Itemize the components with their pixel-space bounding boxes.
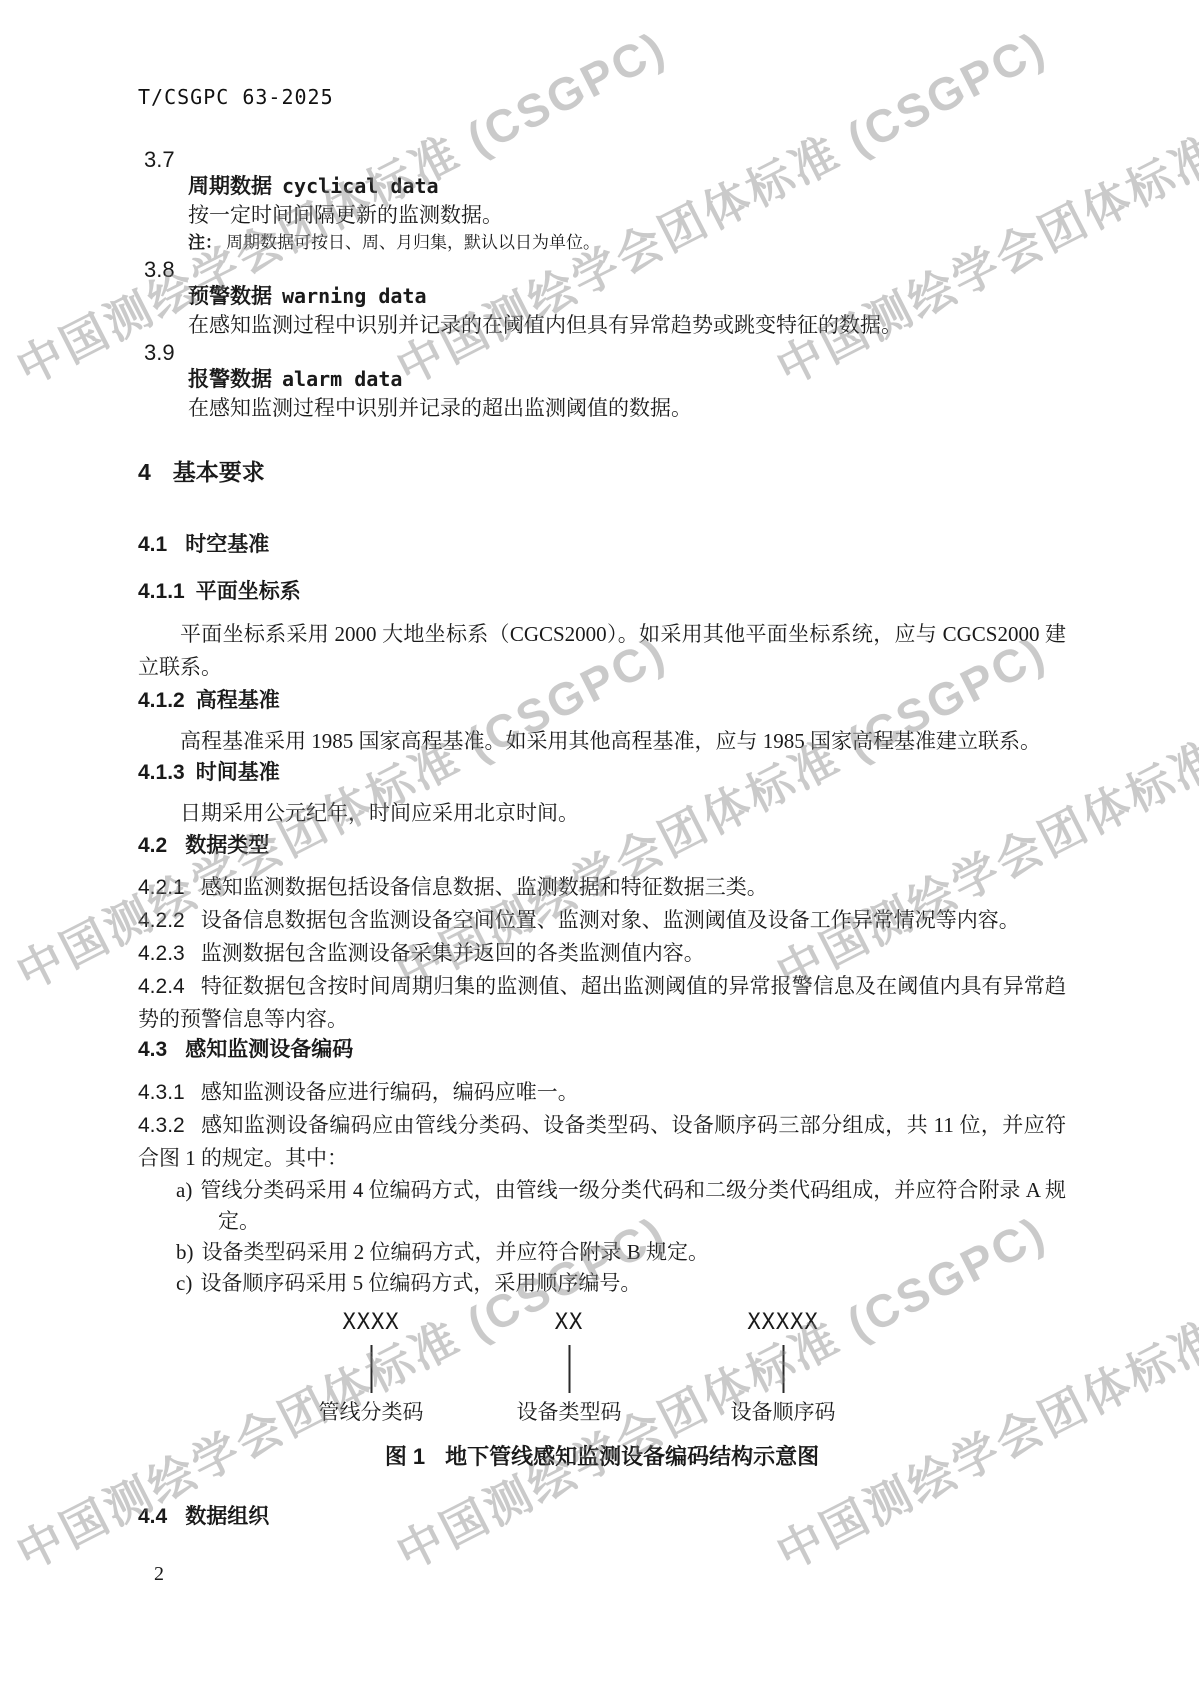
- connector-line: [568, 1345, 570, 1393]
- term-number: 3.9: [144, 339, 1066, 366]
- section-title: 数据类型: [185, 834, 269, 857]
- term-definition: 在感知监测过程中识别并记录的在阈值内但具有异常趋势或跳变特征的数据。: [188, 312, 1066, 339]
- clause-number: 4.3.2: [138, 1114, 185, 1137]
- figure-caption-text: 地下管线感知监测设备编码结构示意图: [445, 1444, 819, 1469]
- subsection-heading-4-1-3: 4.1.3时间基准: [138, 762, 1066, 784]
- figure-label: 设备类型码: [517, 1401, 622, 1423]
- list-marker: b): [176, 1240, 194, 1264]
- note-text: 周期数据可按日、周、月归集，默认以日为单位。: [226, 233, 600, 252]
- figure-label: 设备顺序码: [731, 1401, 836, 1423]
- subsection-title: 高程基准: [196, 689, 280, 712]
- document-content: T/CSGPC 63-2025 3.7 周期数据cyclical data 按一…: [138, 86, 1066, 1585]
- section-title: 数据组织: [185, 1505, 269, 1528]
- figure-1-device-code-structure: XXXX 管线分类码 XX 设备类型码 XXXXX 设备顺序码: [138, 1311, 1066, 1423]
- term-definition: 按一定时间间隔更新的监测数据。: [188, 202, 1066, 229]
- list-item-text: 设备顺序码采用 5 位编码方式，采用顺序编号。: [200, 1271, 641, 1295]
- term-zh: 预警数据: [188, 285, 272, 308]
- section-heading-4-4: 4.4数据组织: [138, 1506, 1066, 1528]
- doc-code: T/CSGPC 63-2025: [138, 86, 1066, 108]
- connector-line: [370, 1345, 372, 1393]
- note-label: 注：: [188, 233, 222, 252]
- term-zh: 报警数据: [188, 368, 272, 391]
- subsection-number: 4.1.1: [138, 580, 185, 603]
- section-number: 4.3: [138, 1038, 167, 1061]
- terms-section: 3.7 周期数据cyclical data 按一定时间间隔更新的监测数据。 注：…: [138, 146, 1066, 422]
- subsection-number: 4.1.2: [138, 689, 185, 712]
- chapter-title: 基本要求: [173, 459, 265, 485]
- list-item-b: b)设备类型码采用 2 位编码方式，并应符合附录 B 规定。: [138, 1237, 1066, 1268]
- clause-4-2-4: 4.2.4特征数据包含按时间周期归集的监测值、超出监测阈值的异常报警信息及在阈值…: [138, 970, 1066, 1036]
- term-title: 预警数据warning data: [188, 283, 1066, 312]
- term-definition: 在感知监测过程中识别并记录的超出监测阈值的数据。: [188, 395, 1066, 422]
- clause-4-2-2: 4.2.2设备信息数据包含监测设备空间位置、监测对象、监测阈值及设备工作异常情况…: [138, 904, 1066, 937]
- list-item-c: c)设备顺序码采用 5 位编码方式，采用顺序编号。: [138, 1268, 1066, 1299]
- term-title: 周期数据cyclical data: [188, 173, 1066, 202]
- subsection-number: 4.1.3: [138, 761, 185, 784]
- term-en: cyclical data: [282, 174, 439, 198]
- clause-text: 设备信息数据包含监测设备空间位置、监测对象、监测阈值及设备工作异常情况等内容。: [201, 908, 1020, 932]
- paragraph-4-1-1: 平面坐标系采用 2000 大地坐标系（CGCS2000）。如采用其他平面坐标系统…: [138, 618, 1066, 684]
- subsection-title: 平面坐标系: [196, 580, 301, 603]
- figure-caption-number: 图 1: [385, 1444, 425, 1469]
- figure-column-device-sequence: XXXXX 设备顺序码: [731, 1311, 836, 1423]
- list-marker: c): [176, 1271, 192, 1295]
- term-note: 注：周期数据可按日、周、月归集，默认以日为单位。: [188, 229, 1066, 256]
- section-number: 4.4: [138, 1505, 167, 1528]
- section-title: 时空基准: [185, 533, 269, 556]
- term-number: 3.8: [144, 256, 1066, 283]
- term-number: 3.7: [144, 146, 1066, 173]
- page-number: 2: [154, 1563, 1066, 1585]
- figure-column-pipeline-class: XXXX 管线分类码: [319, 1311, 424, 1423]
- list-item-text: 管线分类码采用 4 位编码方式，由管线一级分类代码和二级分类代码组成，并应符合附…: [200, 1178, 1066, 1233]
- section-title: 感知监测设备编码: [185, 1038, 353, 1061]
- chapter-number: 4: [138, 459, 151, 485]
- clause-4-3-2: 4.3.2感知监测设备编码应由管线分类码、设备类型码、设备顺序码三部分组成，共 …: [138, 1109, 1066, 1175]
- clause-number: 4.2.4: [138, 975, 185, 998]
- paragraph-4-1-2: 高程基准采用 1985 国家高程基准。如采用其他高程基准，应与 1985 国家高…: [138, 725, 1066, 758]
- clause-4-3-1: 4.3.1感知监测设备应进行编码，编码应唯一。: [138, 1076, 1066, 1109]
- clause-number: 4.2.1: [138, 876, 185, 899]
- clause-text: 感知监测数据包括设备信息数据、监测数据和特征数据三类。: [201, 875, 768, 899]
- figure-column-device-type: XX 设备类型码: [517, 1311, 622, 1423]
- code-placeholder: XX: [517, 1311, 622, 1335]
- section-number: 4.2: [138, 834, 167, 857]
- list-marker: a): [176, 1178, 192, 1202]
- clause-text: 感知监测设备应进行编码，编码应唯一。: [201, 1080, 579, 1104]
- subsection-title: 时间基准: [196, 761, 280, 784]
- section-heading-4-2: 4.2数据类型: [138, 835, 1066, 857]
- clause-text: 感知监测设备编码应由管线分类码、设备类型码、设备顺序码三部分组成，共 11 位，…: [138, 1113, 1066, 1170]
- chapter-heading: 4基本要求: [138, 460, 1066, 484]
- term-title: 报警数据alarm data: [188, 366, 1066, 395]
- clause-number: 4.3.1: [138, 1081, 185, 1104]
- code-placeholder: XXXXX: [731, 1311, 836, 1335]
- clause-text: 监测数据包含监测设备采集并返回的各类监测值内容。: [201, 941, 705, 965]
- connector-line: [782, 1345, 784, 1393]
- document-page: T/CSGPC 63-2025 3.7 周期数据cyclical data 按一…: [0, 0, 1199, 1696]
- subsection-heading-4-1-1: 4.1.1平面坐标系: [138, 581, 1066, 603]
- clause-4-2-3: 4.2.3监测数据包含监测设备采集并返回的各类监测值内容。: [138, 937, 1066, 970]
- list-item-text: 设备类型码采用 2 位编码方式，并应符合附录 B 规定。: [202, 1240, 710, 1264]
- section-heading-4-1: 4.1时空基准: [138, 534, 1066, 556]
- term-zh: 周期数据: [188, 175, 272, 198]
- clause-number: 4.2.2: [138, 909, 185, 932]
- subsection-heading-4-1-2: 4.1.2高程基准: [138, 690, 1066, 712]
- figure-caption: 图 1地下管线感知监测设备编码结构示意图: [138, 1445, 1066, 1469]
- section-number: 4.1: [138, 533, 167, 556]
- clause-number: 4.2.3: [138, 942, 185, 965]
- clause-4-2-1: 4.2.1感知监测数据包括设备信息数据、监测数据和特征数据三类。: [138, 871, 1066, 904]
- section-heading-4-3: 4.3感知监测设备编码: [138, 1039, 1066, 1061]
- term-en: alarm data: [282, 367, 402, 391]
- paragraph-4-1-3: 日期采用公元纪年，时间应采用北京时间。: [138, 797, 1066, 830]
- term-en: warning data: [282, 284, 427, 308]
- code-placeholder: XXXX: [319, 1311, 424, 1335]
- clause-text: 特征数据包含按时间周期归集的监测值、超出监测阈值的异常报警信息及在阈值内具有异常…: [138, 974, 1066, 1031]
- figure-label: 管线分类码: [319, 1401, 424, 1423]
- list-item-a: a)管线分类码采用 4 位编码方式，由管线一级分类代码和二级分类代码组成，并应符…: [138, 1175, 1066, 1237]
